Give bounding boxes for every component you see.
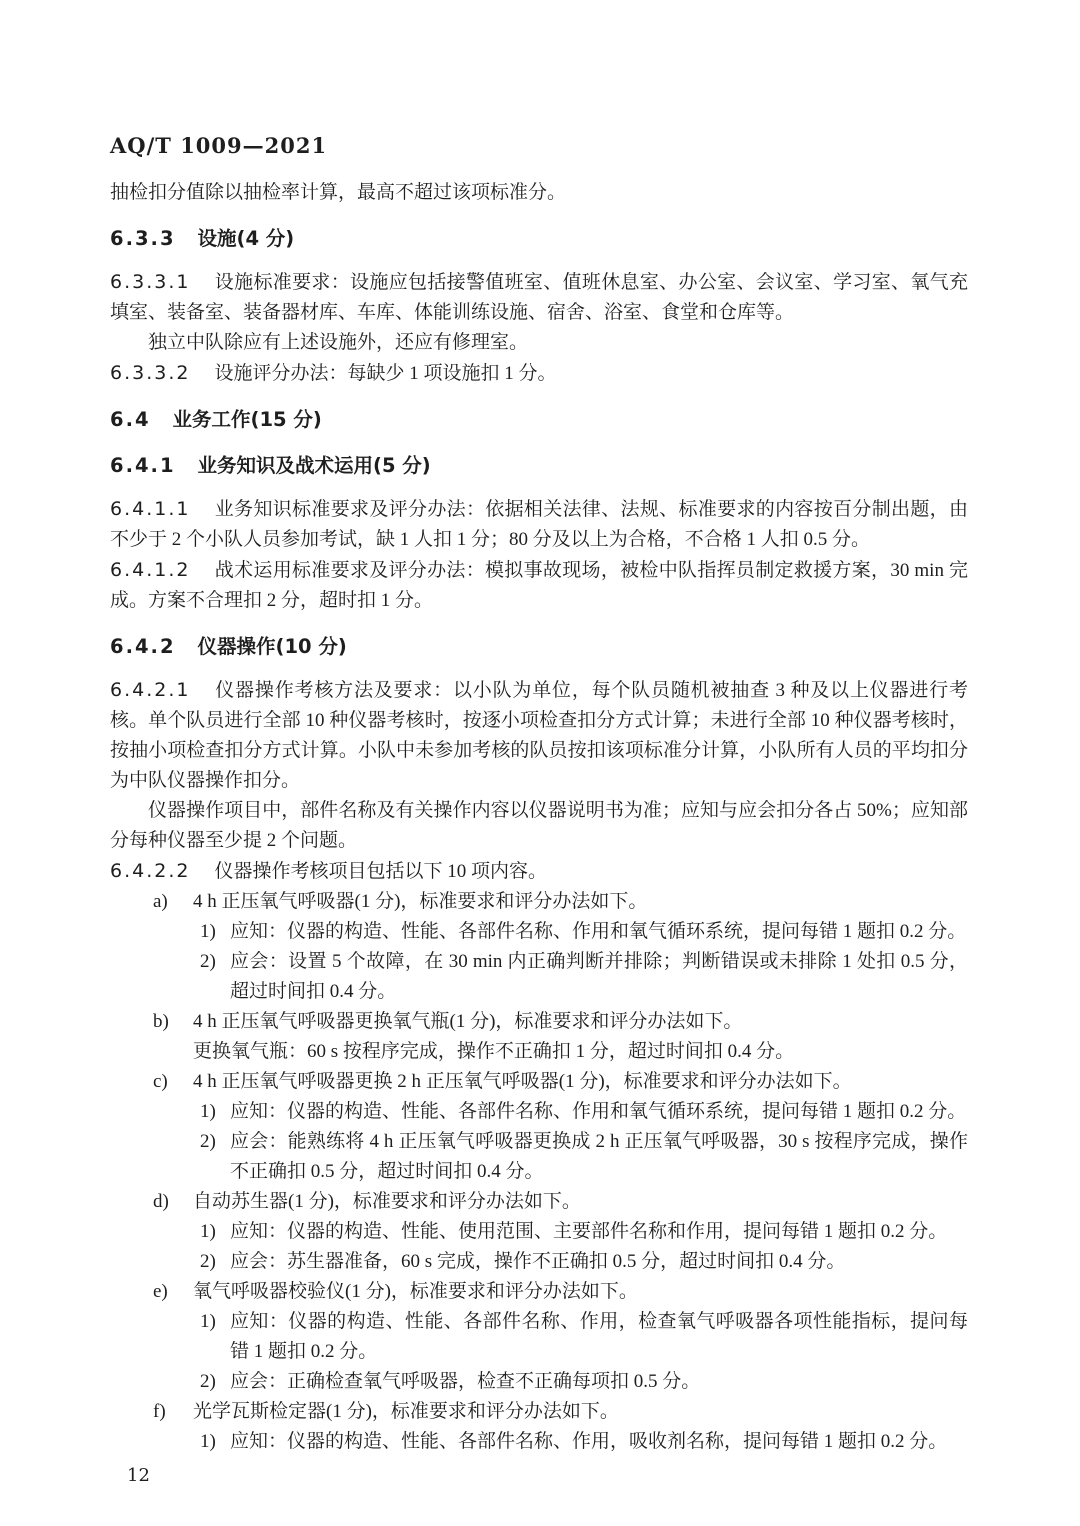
sub-item-a-2: 2)应会：设置 5 个故障，在 30 min 内正确判断并排除；判断错误或未排除… (110, 947, 968, 1007)
sub-item-text: 应知：仪器的构造、性能、各部件名称、作用，检查氧气呼吸器各项性能指标，提问每错 … (230, 1311, 968, 1362)
sub-item-e-2: 2)应会：正确检查氧气呼吸器，检查不正确每项扣 0.5 分。 (110, 1367, 968, 1397)
heading-6-3-3: 6.3.3设施(4 分) (110, 224, 968, 254)
heading-6-4: 6.4业务工作(15 分) (110, 405, 968, 435)
sub-item-text: 应会：正确检查氧气呼吸器，检查不正确每项扣 0.5 分。 (230, 1371, 700, 1392)
sub-item-text: 应知：仪器的构造、性能、各部件名称、作用和氧气循环系统，提问每错 1 题扣 0.… (230, 1101, 966, 1122)
sub-item-label: 1) (200, 1097, 216, 1127)
item-text: 4 h 正压氧气呼吸器更换 2 h 正压氧气呼吸器(1 分)，标准要求和评分办法… (193, 1071, 852, 1092)
sub-item-text: 应会：苏生器准备，60 s 完成，操作不正确扣 0.5 分，超过时间扣 0.4 … (230, 1251, 845, 1272)
clause-number: 6.4.2.2 (110, 860, 190, 882)
heading-title: 业务工作(15 分) (173, 408, 322, 431)
item-text: 光学瓦斯检定器(1 分)，标准要求和评分办法如下。 (193, 1401, 619, 1422)
list-item-c: c)4 h 正压氧气呼吸器更换 2 h 正压氧气呼吸器(1 分)，标准要求和评分… (110, 1067, 968, 1097)
list-item-e: e)氧气呼吸器校验仪(1 分)，标准要求和评分办法如下。 (110, 1277, 968, 1307)
sub-item-text: 应会：设置 5 个故障，在 30 min 内正确判断并排除；判断错误或未排除 1… (230, 951, 968, 1002)
clause-text: 仪器操作考核方法及要求：以小队为单位，每个队员随机被抽查 3 种及以上仪器进行考… (110, 680, 968, 791)
sub-item-label: 1) (200, 1427, 216, 1457)
sub-item-text: 应会：能熟练将 4 h 正压氧气呼吸器更换成 2 h 正压氧气呼吸器，30 s … (230, 1131, 968, 1182)
sub-item-f-1: 1)应知：仪器的构造、性能、各部件名称、作用，吸收剂名称，提问每错 1 题扣 0… (110, 1427, 968, 1457)
clause-6-4-1-2: 6.4.1.2战术运用标准要求及评分办法：模拟事故现场，被检中队指挥员制定救援方… (110, 555, 968, 616)
clause-6-3-3-2: 6.3.3.2设施评分办法：每缺少 1 项设施扣 1 分。 (110, 358, 968, 389)
sub-item-text: 应知：仪器的构造、性能、使用范围、主要部件名称和作用，提问每错 1 题扣 0.2… (230, 1221, 947, 1242)
clause-6-4-2-1: 6.4.2.1仪器操作考核方法及要求：以小队为单位，每个队员随机被抽查 3 种及… (110, 675, 968, 796)
sub-item-text: 应知：仪器的构造、性能、各部件名称、作用，吸收剂名称，提问每错 1 题扣 0.2… (230, 1431, 947, 1452)
heading-6-4-2: 6.4.2仪器操作(10 分) (110, 632, 968, 662)
page-footer: 12 (110, 1463, 968, 1489)
clause-text: 仪器操作考核项目包括以下 10 项内容。 (214, 861, 547, 882)
clause-6-4-1-1: 6.4.1.1业务知识标准要求及评分办法：依据相关法律、法规、标准要求的内容按百… (110, 494, 968, 555)
facility-note-paragraph: 独立中队除应有上述设施外，还应有修理室。 (110, 328, 968, 358)
document-page: AQ/T 1009—2021 抽检扣分值除以抽检率计算，最高不超过该项标准分。 … (0, 0, 1080, 1526)
clause-number: 6.3.3.2 (110, 362, 190, 384)
item-text: 4 h 正压氧气呼吸器更换氧气瓶(1 分)，标准要求和评分办法如下。 (193, 1011, 742, 1032)
sub-item-label: 2) (200, 1127, 216, 1157)
item-label: f) (153, 1397, 166, 1427)
item-label: e) (153, 1277, 168, 1307)
sub-item-e-1: 1)应知：仪器的构造、性能、各部件名称、作用，检查氧气呼吸器各项性能指标，提问每… (110, 1307, 968, 1367)
sub-item-a-1: 1)应知：仪器的构造、性能、各部件名称、作用和氧气循环系统，提问每错 1 题扣 … (110, 917, 968, 947)
heading-number: 6.4.1 (110, 454, 176, 477)
item-label: b) (153, 1007, 169, 1037)
clause-text: 战术运用标准要求及评分办法：模拟事故现场，被检中队指挥员制定救援方案，30 mi… (110, 560, 968, 611)
item-label: d) (153, 1187, 169, 1217)
item-b-note: 更换氧气瓶：60 s 按程序完成，操作不正确扣 1 分，超过时间扣 0.4 分。 (110, 1037, 968, 1067)
sub-item-text: 应知：仪器的构造、性能、各部件名称、作用和氧气循环系统，提问每错 1 题扣 0.… (230, 921, 966, 942)
list-item-b: b)4 h 正压氧气呼吸器更换氧气瓶(1 分)，标准要求和评分办法如下。 (110, 1007, 968, 1037)
clause-number: 6.3.3.1 (110, 271, 190, 293)
clause-number: 6.4.2.1 (110, 679, 190, 701)
sub-item-label: 1) (200, 1307, 216, 1337)
sub-item-label: 1) (200, 1217, 216, 1247)
sub-item-c-2: 2)应会：能熟练将 4 h 正压氧气呼吸器更换成 2 h 正压氧气呼吸器，30 … (110, 1127, 968, 1187)
item-text: 自动苏生器(1 分)，标准要求和评分办法如下。 (193, 1191, 581, 1212)
heading-number: 6.4 (110, 408, 151, 431)
clause-number: 6.4.1.2 (110, 559, 190, 581)
sub-item-label: 2) (200, 947, 216, 977)
list-item-d: d)自动苏生器(1 分)，标准要求和评分办法如下。 (110, 1187, 968, 1217)
heading-title: 业务知识及战术运用(5 分) (198, 454, 431, 477)
heading-title: 设施(4 分) (198, 227, 295, 250)
item-label: a) (153, 887, 168, 917)
sub-item-c-1: 1)应知：仪器的构造、性能、各部件名称、作用和氧气循环系统，提问每错 1 题扣 … (110, 1097, 968, 1127)
sub-item-d-1: 1)应知：仪器的构造、性能、使用范围、主要部件名称和作用，提问每错 1 题扣 0… (110, 1217, 968, 1247)
list-item-a: a)4 h 正压氧气呼吸器(1 分)，标准要求和评分办法如下。 (110, 887, 968, 917)
clause-text: 设施标准要求：设施应包括接警值班室、值班休息室、办公室、会议室、学习室、氧气充填… (110, 272, 968, 323)
clause-6-3-3-1: 6.3.3.1设施标准要求：设施应包括接警值班室、值班休息室、办公室、会议室、学… (110, 267, 968, 328)
clause-text: 业务知识标准要求及评分办法：依据相关法律、法规、标准要求的内容按百分制出题，由不… (110, 499, 968, 550)
heading-number: 6.3.3 (110, 227, 176, 250)
page-number: 12 (127, 1465, 150, 1486)
sub-item-d-2: 2)应会：苏生器准备，60 s 完成，操作不正确扣 0.5 分，超过时间扣 0.… (110, 1247, 968, 1277)
item-text: 氧气呼吸器校验仪(1 分)，标准要求和评分办法如下。 (193, 1281, 638, 1302)
sub-item-label: 2) (200, 1247, 216, 1277)
item-text: 4 h 正压氧气呼吸器(1 分)，标准要求和评分办法如下。 (193, 891, 647, 912)
heading-6-4-1: 6.4.1业务知识及战术运用(5 分) (110, 451, 968, 481)
intro-paragraph: 抽检扣分值除以抽检率计算，最高不超过该项标准分。 (110, 178, 968, 208)
sub-item-label: 2) (200, 1367, 216, 1397)
list-item-f: f)光学瓦斯检定器(1 分)，标准要求和评分办法如下。 (110, 1397, 968, 1427)
sub-item-label: 1) (200, 917, 216, 947)
clause-6-4-2-2: 6.4.2.2仪器操作考核项目包括以下 10 项内容。 (110, 856, 968, 887)
standard-code: AQ/T 1009—2021 (110, 131, 968, 161)
heading-title: 仪器操作(10 分) (198, 635, 347, 658)
item-label: c) (153, 1067, 168, 1097)
clause-text: 设施评分办法：每缺少 1 项设施扣 1 分。 (214, 363, 556, 384)
heading-number: 6.4.2 (110, 635, 176, 658)
instrument-note-paragraph: 仪器操作项目中，部件名称及有关操作内容以仪器说明书为准；应知与应会扣分各占 50… (110, 796, 968, 856)
clause-number: 6.4.1.1 (110, 498, 190, 520)
